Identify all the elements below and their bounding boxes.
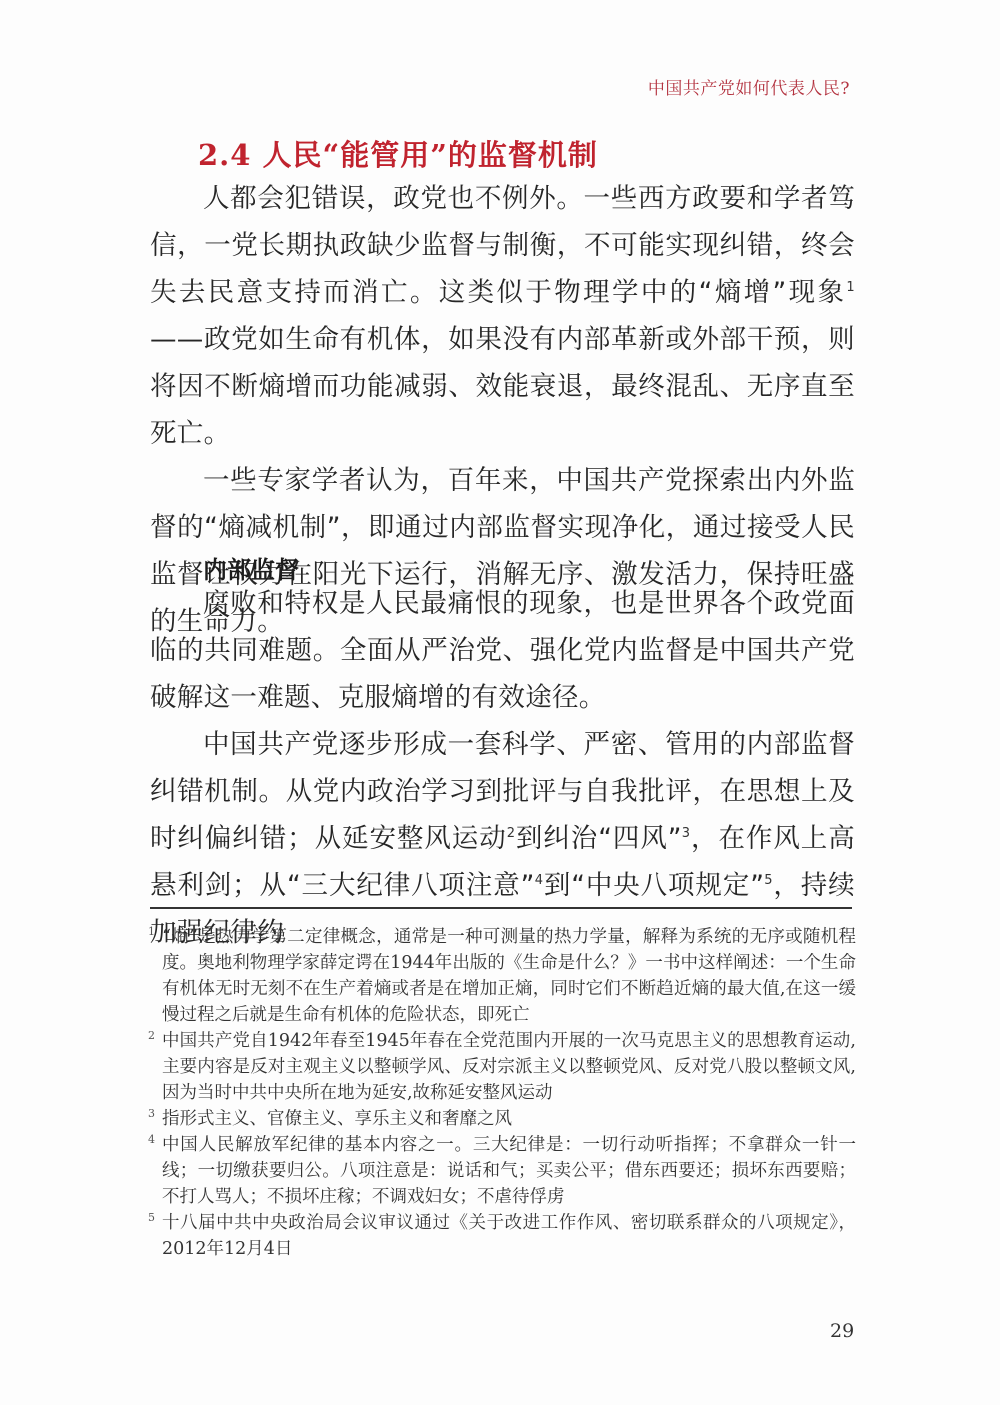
footnote-number: 1 [148,919,155,945]
footnote-text: “熵”是热力学第二定律概念，通常是一种可测量的热力学量，解释为系统的无序或随机程… [162,927,856,1025]
footnote-3: 3指形式主义、官僚主义、享乐主义和奢靡之风 [148,1106,856,1132]
running-header: 中国共产党如何代表人民? [648,74,850,99]
paragraph-text: 到“中央八项规定” [543,870,764,901]
footnote-ref-4[interactable]: 4 [535,873,544,888]
footnote-5: 5十八届中共中央政治局会议审议通过《关于改进工作作风、密切联系群众的八项规定》，… [148,1210,856,1262]
footnote-2: 2中国共产党自1942年春至1945年春在全党范围内开展的一次马克思主义的思想教… [148,1028,856,1106]
footnote-1: 1“熵”是热力学第二定律概念，通常是一种可测量的热力学量，解释为系统的无序或随机… [148,924,856,1028]
footnote-text: 指形式主义、官僚主义、享乐主义和奢靡之风 [162,1109,512,1129]
paragraph-3: 腐败和特权是人民最痛恨的现象，也是世界各个政党面临的共同难题。全面从严治党、强化… [150,580,855,721]
footnote-ref-2[interactable]: 2 [507,826,516,841]
paragraph-text: 到纠治“四风” [515,823,682,854]
paragraph-1: 人都会犯错误，政党也不例外。一些西方政要和学者笃信，一党长期执政缺少监督与制衡，… [150,175,855,457]
footnote-number: 4 [148,1127,155,1153]
footnote-text: 中国人民解放军纪律的基本内容之一。三大纪律是：一切行动听指挥；不拿群众一针一线；… [162,1135,856,1207]
footnotes: 1“熵”是热力学第二定律概念，通常是一种可测量的热力学量，解释为系统的无序或随机… [148,924,856,1262]
footnote-divider [150,907,852,909]
paragraph-text: 人都会犯错误，政党也不例外。一些西方政要和学者笃信，一党长期执政缺少监督与制衡，… [150,183,855,308]
footnote-text: 中国共产党自1942年春至1945年春在全党范围内开展的一次马克思主义的思想教育… [162,1031,856,1103]
footnote-ref-5[interactable]: 5 [764,873,773,888]
footnote-ref-1[interactable]: 1 [846,280,855,295]
paragraph-text: ——政党如生命有机体，如果没有内部革新或外部干预，则将因不断熵增而功能减弱、效能… [150,324,855,449]
section-title: 2.4 人民“能管用”的监督机制 [198,133,598,174]
footnote-number: 2 [148,1023,155,1049]
footnote-text: 十八届中共中央政治局会议审议通过《关于改进工作作风、密切联系群众的八项规定》，2… [162,1213,856,1259]
footnote-4: 4中国人民解放军纪律的基本内容之一。三大纪律是：一切行动听指挥；不拿群众一针一线… [148,1132,856,1210]
paragraph-4: 中国共产党逐步形成一套科学、严密、管用的内部监督纠错机制。从党内政治学习到批评与… [150,721,855,956]
footnote-number: 3 [148,1101,155,1127]
body-block-2: 腐败和特权是人民最痛恨的现象，也是世界各个政党面临的共同难题。全面从严治党、强化… [150,580,855,956]
page-number: 29 [830,1320,854,1342]
footnote-number: 5 [148,1205,155,1231]
